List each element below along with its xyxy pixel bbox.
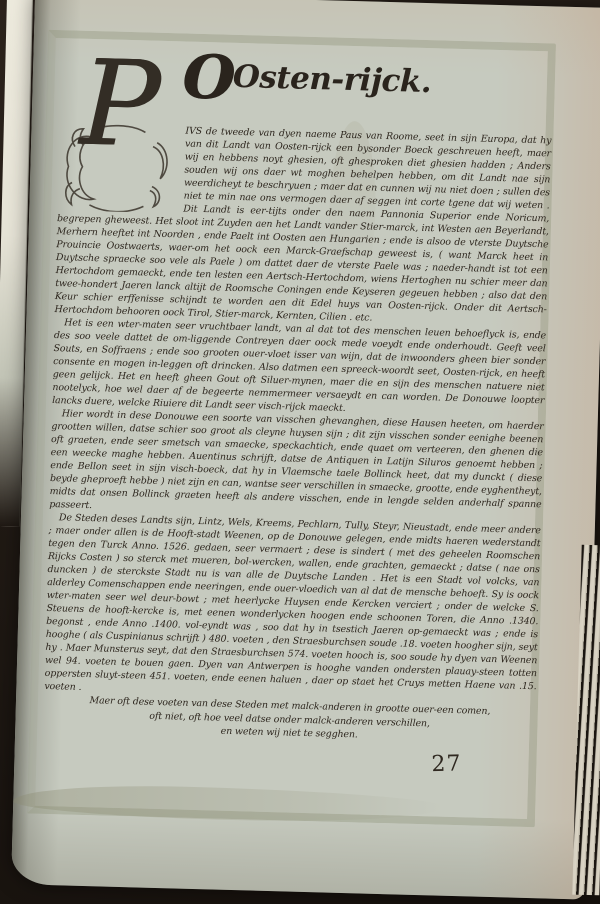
title-text: Osten-rijck. — [232, 59, 431, 100]
paragraph-2: Het is een wter-maten seer vruchtbaer la… — [52, 316, 546, 420]
page-number: 27 — [431, 751, 462, 777]
text-block: OOsten-rijck. P IVS de tweede van dyen n… — [43, 45, 553, 747]
title-ornate-initial: O — [182, 42, 234, 113]
drop-cap-letter: P — [80, 97, 160, 112]
paragraph-4: De Steden deses Landts sijn, Lintz, Wels… — [44, 511, 541, 706]
book-page: OOsten-rijck. P IVS de tweede van dyen n… — [11, 0, 600, 900]
drop-cap-ornament: P — [59, 122, 177, 213]
paragraph-3: Hier wordt in dese Donouwe een soorte va… — [49, 407, 544, 524]
